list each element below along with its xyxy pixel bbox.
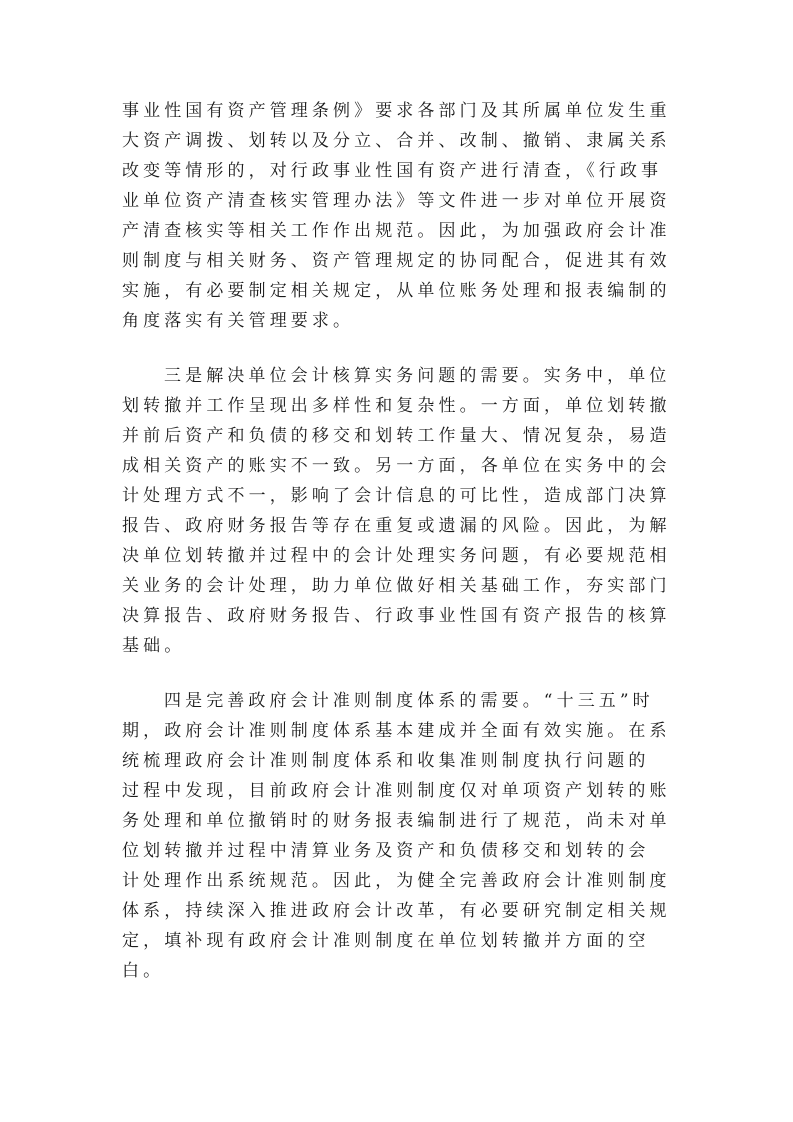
text-line: 期，政府会计准则制度体系基本建成并全面有效实施。在系: [122, 716, 682, 746]
text-line: 产清查核实等相关工作作出规范。因此，为加强政府会计准: [122, 216, 682, 246]
text-line: 务处理和单位撤销时的财务报表编制进行了规范，尚未对单: [122, 806, 682, 836]
text-line: 过程中发现，目前政府会计准则制度仅对单项资产划转的账: [122, 776, 682, 806]
paragraph-point-four: 四是完善政府会计准则制度体系的需要。“十三五”时 期，政府会计准则制度体系基本建…: [122, 686, 682, 986]
document-page: 事业性国有资产管理条例》要求各部门及其所属单位发生重 大资产调拨、划转以及分立、…: [0, 0, 793, 1122]
text-line: 体系，持续深入推进政府会计改革，有必要研究制定相关规: [122, 896, 682, 926]
text-line: 三是解决单位会计核算实务问题的需要。实务中，单位: [122, 361, 682, 391]
text-line: 四是完善政府会计准则制度体系的需要。“十三五”时: [122, 686, 682, 716]
text-line: 实施，有必要制定相关规定，从单位账务处理和报表编制的: [122, 276, 682, 306]
text-line: 并前后资产和负债的移交和划转工作量大、情况复杂，易造: [122, 421, 682, 451]
text-line: 则制度与相关财务、资产管理规定的协同配合，促进其有效: [122, 246, 682, 276]
text-line: 业单位资产清查核实管理办法》等文件进一步对单位开展资: [122, 186, 682, 216]
text-line: 角度落实有关管理要求。: [122, 306, 682, 336]
text-line: 计处理作出系统规范。因此，为健全完善政府会计准则制度: [122, 866, 682, 896]
text-line: 报告、政府财务报告等存在重复或遗漏的风险。因此，为解: [122, 511, 682, 541]
text-line: 位划转撤并过程中清算业务及资产和负债移交和划转的会: [122, 836, 682, 866]
paragraph-asset-management: 事业性国有资产管理条例》要求各部门及其所属单位发生重 大资产调拨、划转以及分立、…: [122, 96, 682, 336]
text-line: 白。: [122, 956, 682, 986]
text-line: 事业性国有资产管理条例》要求各部门及其所属单位发生重: [122, 96, 682, 126]
text-line: 改变等情形的，对行政事业性国有资产进行清查，《行政事: [122, 156, 682, 186]
text-line: 计处理方式不一，影响了会计信息的可比性，造成部门决算: [122, 481, 682, 511]
paragraph-point-three: 三是解决单位会计核算实务问题的需要。实务中，单位 划转撤并工作呈现出多样性和复杂…: [122, 361, 682, 661]
text-line: 基础。: [122, 631, 682, 661]
text-line: 定，填补现有政府会计准则制度在单位划转撤并方面的空: [122, 926, 682, 956]
text-line: 大资产调拨、划转以及分立、合并、改制、撤销、隶属关系: [122, 126, 682, 156]
text-line: 统梳理政府会计准则制度体系和收集准则制度执行问题的: [122, 746, 682, 776]
text-line: 划转撤并工作呈现出多样性和复杂性。一方面，单位划转撤: [122, 391, 682, 421]
text-line: 决单位划转撤并过程中的会计处理实务问题，有必要规范相: [122, 541, 682, 571]
text-line: 关业务的会计处理，助力单位做好相关基础工作，夯实部门: [122, 571, 682, 601]
text-line: 决算报告、政府财务报告、行政事业性国有资产报告的核算: [122, 601, 682, 631]
text-line: 成相关资产的账实不一致。另一方面，各单位在实务中的会: [122, 451, 682, 481]
